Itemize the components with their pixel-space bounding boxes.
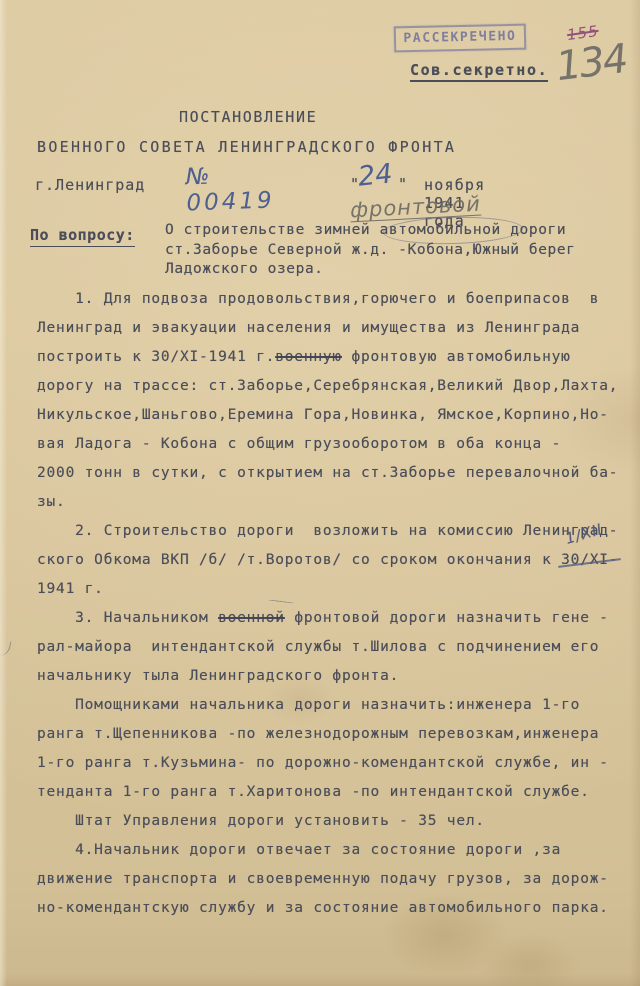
- typed-text: фронтовой дороги назначить гене -: [285, 610, 609, 626]
- paragraph-2-line: 1941 г.: [37, 575, 633, 604]
- paragraph-1-lines: 1. Для подвоза продовольствия,горючего и…: [37, 285, 633, 343]
- paragraph-2-correction-line: ского Обкома ВКП /б/ /т.Воротов/ со срок…: [37, 546, 633, 575]
- typed-text: 3. Начальником: [37, 610, 218, 626]
- classification-label: Сов.секретно.: [410, 61, 548, 82]
- declassified-stamp: РАССЕКРЕЧЕНО: [394, 24, 527, 53]
- document-subtitle: ВОЕННОГО СОВЕТА ЛЕНИНГРАДСКОГО ФРОНТА: [37, 138, 456, 156]
- typed-text: ского Обкома ВКП /б/ /т.Воротов/ со срок…: [37, 552, 561, 568]
- handwritten-page-number: 134: [553, 36, 628, 90]
- struck-word-voennoy: военной: [218, 610, 285, 626]
- handwritten-day: 24: [356, 158, 393, 192]
- struck-date: 30/ХI-1/ХII: [561, 546, 618, 575]
- subject-label: По вопросу:: [30, 226, 135, 247]
- paragraph-4-lines: 4.Начальник дороги отвечает за состояние…: [37, 836, 633, 923]
- paragraph-3-correction-line: 3. Начальником военной фронтовой дороги …: [37, 604, 633, 633]
- typed-text: 30/ХI-: [561, 552, 618, 568]
- paragraph-3-lines: рал-майора интендантской службы т.Шилова…: [37, 633, 633, 691]
- paragraph-assistants-lines: Помощниками начальника дороги назначить:…: [37, 691, 633, 836]
- document-title: ПОСТАНОВЛЕНИЕ: [179, 108, 317, 126]
- handwritten-document-number: № 00419: [185, 161, 275, 216]
- quote-mark: ": [398, 175, 407, 193]
- scanned-document-page: РАССЕКРЕЧЕНО 155 134 Сов.секретно. ПОСТА…: [0, 0, 640, 986]
- paragraph-1-lines: дорогу на трассе: ст.Заборье,Серебрянска…: [37, 372, 633, 517]
- paragraph-1-correction-line: построить к 30/ХI-1941 г.военную фронтов…: [37, 343, 633, 372]
- struck-word-voennuyu: военную: [275, 349, 342, 365]
- typed-text: фронтовую автомобильную: [342, 349, 571, 365]
- paragraph-2-line: 2. Строительство дороги возложить на ком…: [37, 517, 633, 546]
- document-body: 1. Для подвоза продовольствия,горючего и…: [37, 285, 633, 923]
- typed-text: построить к 30/ХI-1941 г.: [37, 349, 275, 365]
- city-label: г.Ленинград: [35, 176, 145, 194]
- margin-pen-mark: [0, 639, 12, 657]
